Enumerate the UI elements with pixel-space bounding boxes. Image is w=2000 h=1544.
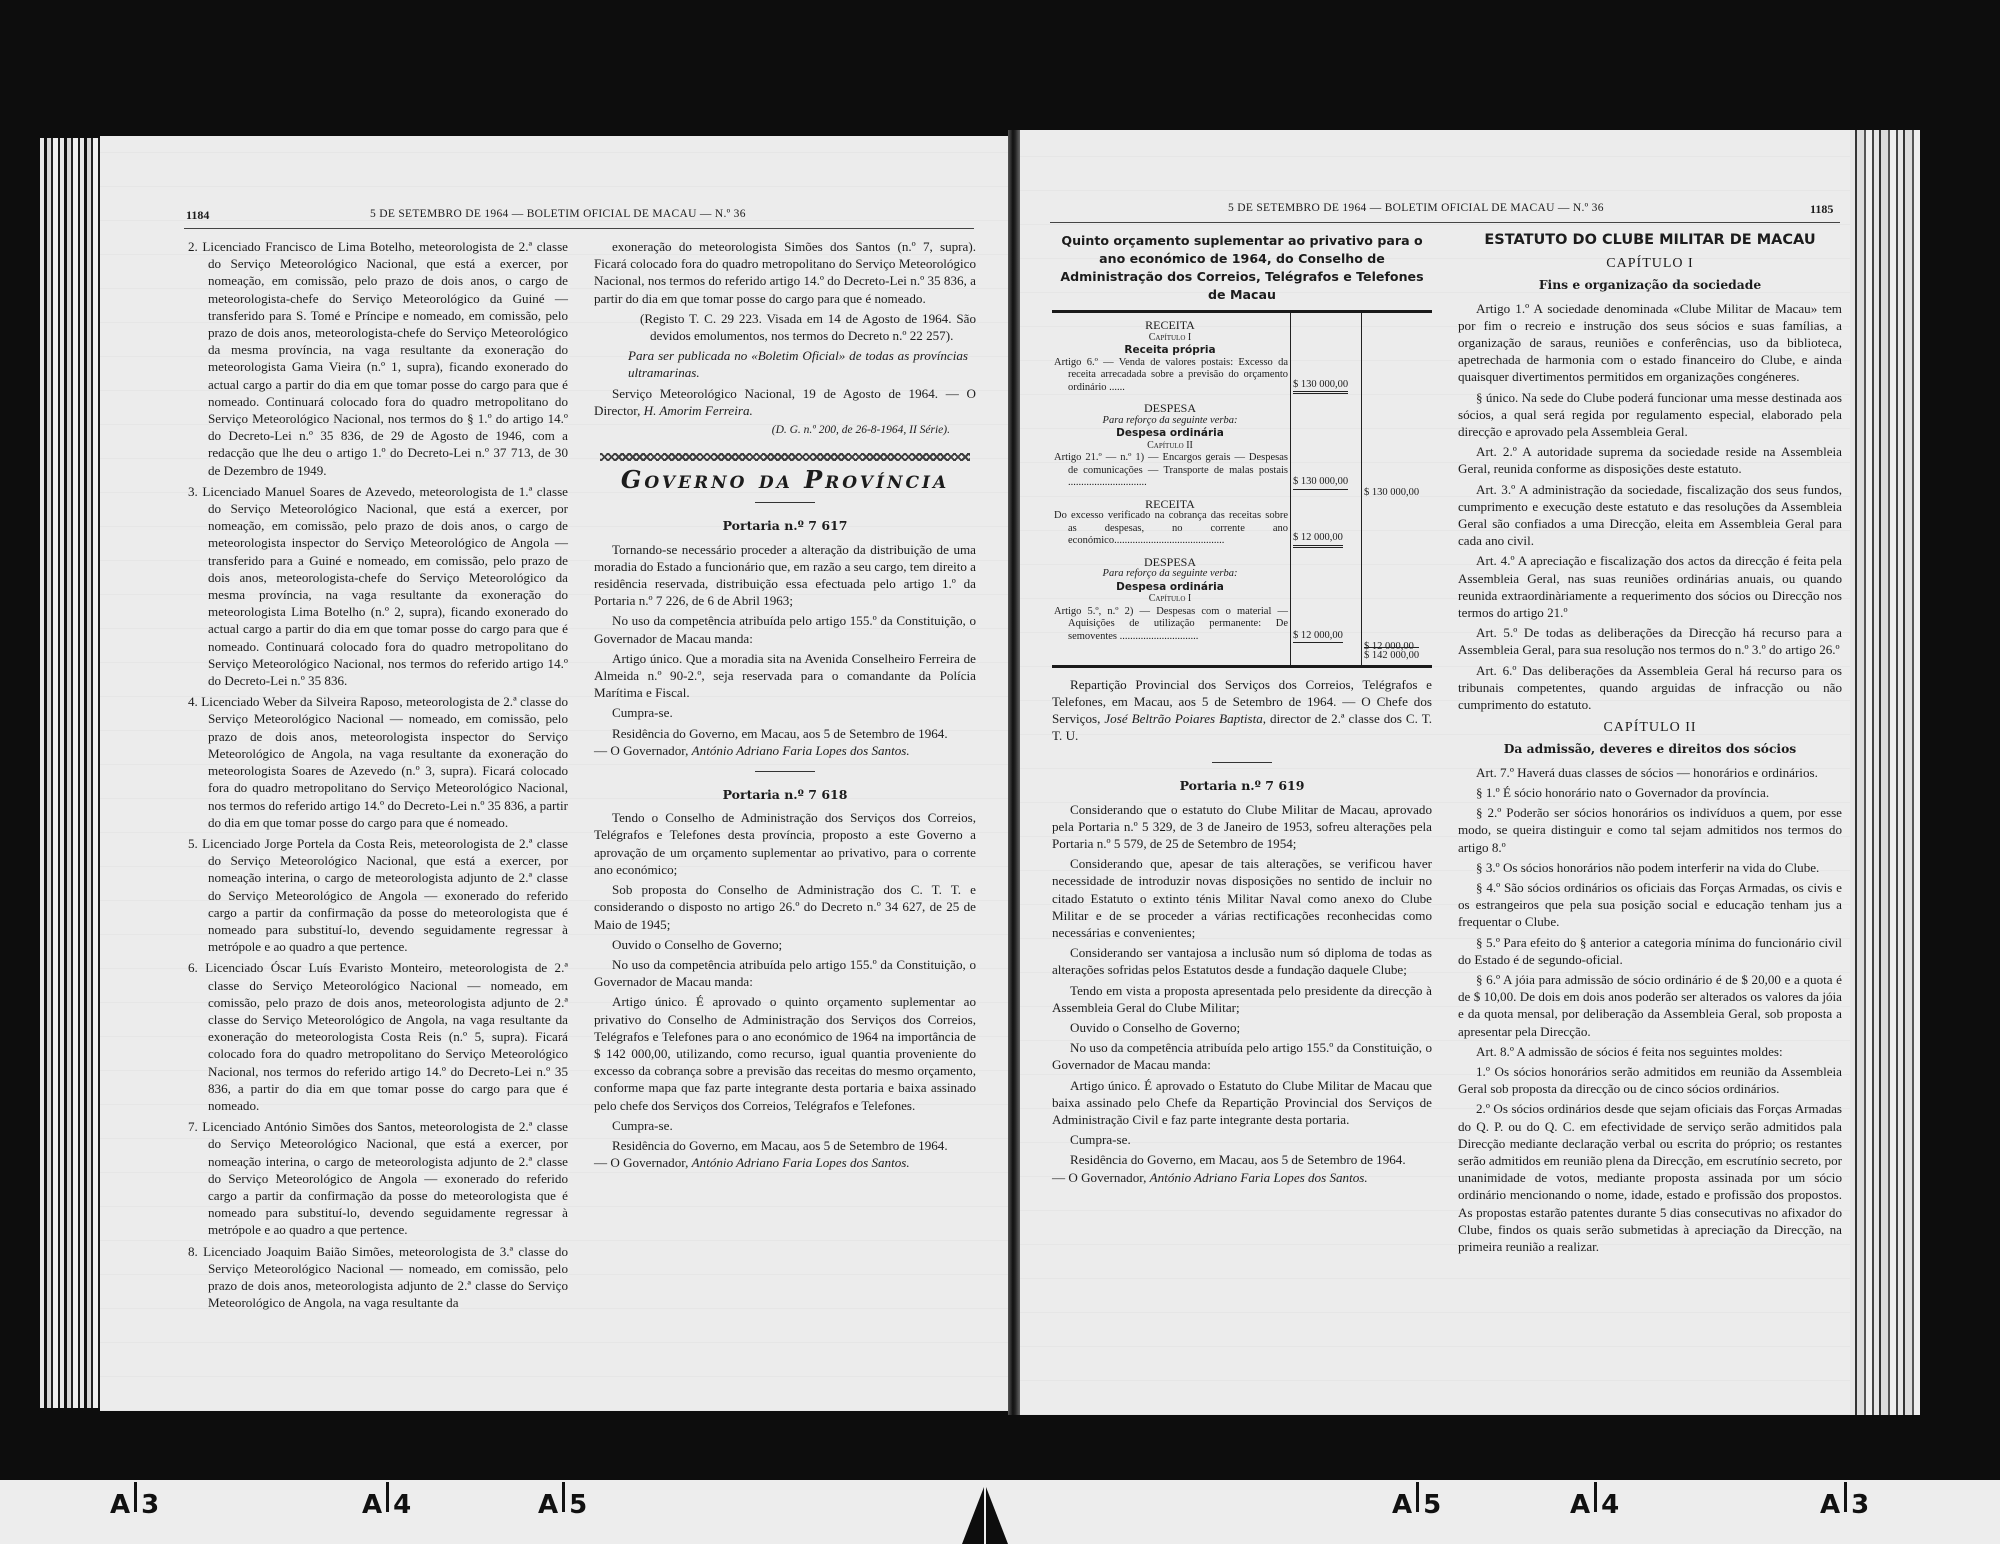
page-number: 1185 bbox=[1810, 202, 1833, 217]
chapter-heading: CAPÍTULO I bbox=[1458, 255, 1842, 272]
budget-amount: $ 12 000,00 bbox=[1290, 550, 1362, 646]
frame-mark: A3 bbox=[1820, 1490, 1869, 1520]
article-paragraph: 1.º Os sócios honorários serão admitidos… bbox=[1458, 1063, 1842, 1097]
paragraph: Artigo único. É aprovado o quinto orçame… bbox=[594, 993, 976, 1113]
chapter-1-body: Artigo 1.º A sociedade denominada «Clube… bbox=[1458, 300, 1842, 714]
continuation-paragraph: exoneração do meteorologista Simões dos … bbox=[594, 238, 976, 307]
article-paragraph: Art. 2.º A autoridade suprema da socieda… bbox=[1458, 443, 1842, 477]
governor-signature: — O Governador, António Adriano Faria Lo… bbox=[594, 1154, 976, 1171]
list-item: 4. Licenciado Weber da Silveira Raposo, … bbox=[188, 693, 568, 831]
budget-line-description: RECEITADo excesso verificado na cobrança… bbox=[1052, 492, 1290, 550]
portaria-7617-title: Portaria n.º 7 617 bbox=[594, 517, 976, 534]
director-name: H. Amorim Ferreira. bbox=[644, 403, 753, 418]
running-head: 5 DE SETEMBRO DE 1964 — BOLETIM OFICIAL … bbox=[370, 208, 746, 220]
residence-line: Residência do Governo, em Macau, aos 5 d… bbox=[594, 725, 976, 742]
article-paragraph: § 1.º É sócio honorário nato o Governado… bbox=[1458, 784, 1842, 801]
article-paragraph: § 4.º São sócios ordinários os oficiais … bbox=[1458, 879, 1842, 931]
article-paragraph: § único. Na sede do Clube poderá funcion… bbox=[1458, 389, 1842, 441]
budget-grand-total: $ 142 000,00 bbox=[1362, 645, 1432, 665]
film-notch bbox=[962, 1487, 984, 1544]
residence-line: Residência do Governo, em Macau, aos 5 d… bbox=[1052, 1151, 1432, 1168]
chapter-title: Da admissão, deveres e direitos dos sóci… bbox=[1458, 740, 1842, 757]
budget-total bbox=[1362, 313, 1432, 396]
publication-note: Para ser publicada no «Boletim Oficial» … bbox=[594, 347, 976, 381]
budget-amount: $ 12 000,00 bbox=[1290, 492, 1362, 550]
paragraph: Cumpra-se. bbox=[594, 704, 976, 721]
governor-signature: — O Governador, António Adriano Faria Lo… bbox=[594, 742, 976, 759]
article-paragraph: § 2.º Poderão ser sócios honorários os i… bbox=[1458, 804, 1842, 856]
budget-table: RECEITACapítulo IReceita própriaArtigo 6… bbox=[1052, 313, 1432, 665]
signoff: Serviço Meteorológico Nacional, 19 de Ag… bbox=[594, 385, 976, 419]
budget-amount: $ 130 000,00 bbox=[1290, 396, 1362, 492]
article-paragraph: Art. 4.º A apreciação e fiscalização dos… bbox=[1458, 552, 1842, 621]
chapter-2-body: Art. 7.º Haverá duas classes de sócios —… bbox=[1458, 764, 1842, 1255]
portaria-7619-title: Portaria n.º 7 619 bbox=[1052, 777, 1432, 794]
left-column-2: exoneração do meteorologista Simões dos … bbox=[594, 238, 976, 1174]
paragraph: Considerando que, apesar de tais alteraç… bbox=[1052, 855, 1432, 941]
chief-name: José Beltrão Poiares Baptista bbox=[1104, 711, 1262, 726]
paragraph: Ouvido o Conselho de Governo; bbox=[594, 936, 976, 953]
article-paragraph: Artigo 1.º A sociedade denominada «Clube… bbox=[1458, 300, 1842, 386]
article-paragraph: Art. 3.º A administração da sociedade, f… bbox=[1458, 481, 1842, 550]
budget-spacer bbox=[1290, 645, 1362, 665]
article-paragraph: Art. 5.º De todas as deliberações da Dir… bbox=[1458, 624, 1842, 658]
paragraph: Tornando-se necessário proceder a altera… bbox=[594, 541, 976, 610]
budget-bottom-rule bbox=[1052, 665, 1432, 668]
budget-heading: Quinto orçamento suplementar ao privativ… bbox=[1052, 232, 1432, 304]
paragraph: No uso da competência atribuída pelo art… bbox=[594, 612, 976, 646]
registo-note: (Registo T. C. 29 223. Visada em 14 de A… bbox=[594, 310, 976, 344]
budget-total bbox=[1362, 492, 1432, 550]
list-item: 7. Licenciado António Simões dos Santos,… bbox=[188, 1118, 568, 1238]
page-1184: 1184 5 DE SETEMBRO DE 1964 — BOLETIM OFI… bbox=[100, 136, 1008, 1411]
paragraph: No uso da competência atribuída pelo art… bbox=[1052, 1039, 1432, 1073]
list-item: 5. Licenciado Jorge Portela da Costa Rei… bbox=[188, 835, 568, 955]
page-stack-edge-right bbox=[1850, 130, 1920, 1415]
paragraph: Artigo único. É aprovado o Estatuto do C… bbox=[1052, 1077, 1432, 1129]
budget-spacer bbox=[1052, 645, 1290, 665]
article-paragraph: 2.º Os sócios ordinários desde que sejam… bbox=[1458, 1100, 1842, 1255]
chapter-heading: CAPÍTULO II bbox=[1458, 719, 1842, 736]
list-item: 6. Licenciado Óscar Luís Evaristo Montei… bbox=[188, 959, 568, 1114]
page-stack-edge-left bbox=[40, 138, 100, 1408]
short-rule bbox=[1212, 762, 1272, 763]
ornamental-rule bbox=[600, 453, 970, 461]
portaria-7618-title: Portaria n.º 7 618 bbox=[594, 786, 976, 803]
article-paragraph: § 3.º Os sócios honorários não podem int… bbox=[1458, 859, 1842, 876]
article-paragraph: § 5.º Para efeito do § anterior a catego… bbox=[1458, 934, 1842, 968]
paragraph: Tendo o Conselho de Administração dos Se… bbox=[594, 809, 976, 878]
paragraph: Artigo único. Que a moradia sita na Aven… bbox=[594, 650, 976, 702]
book-gutter bbox=[1008, 130, 1020, 1415]
budget-line-description: DESPESAPara reforço da seguinte verba:De… bbox=[1052, 550, 1290, 646]
running-head: 5 DE SETEMBRO DE 1964 — BOLETIM OFICIAL … bbox=[1228, 202, 1604, 214]
paragraph: Ouvido o Conselho de Governo; bbox=[1052, 1019, 1432, 1036]
budget-signoff: Repartição Provincial dos Serviços dos C… bbox=[1052, 676, 1432, 745]
page-1185: 5 DE SETEMBRO DE 1964 — BOLETIM OFICIAL … bbox=[1020, 130, 1850, 1415]
paragraph: Cumpra-se. bbox=[1052, 1131, 1432, 1148]
paragraph: Considerando que o estatuto do Clube Mil… bbox=[1052, 801, 1432, 853]
list-item: 2. Licenciado Francisco de Lima Botelho,… bbox=[188, 238, 568, 479]
paragraph: No uso da competência atribuída pelo art… bbox=[594, 956, 976, 990]
budget-line-description: DESPESAPara reforço da seguinte verba:De… bbox=[1052, 396, 1290, 492]
frame-mark: A4 bbox=[1570, 1490, 1619, 1520]
film-notch bbox=[986, 1487, 1008, 1544]
paragraph: Sob proposta do Conselho de Administraçã… bbox=[594, 881, 976, 933]
list-item: 3. Licenciado Manuel Soares de Azevedo, … bbox=[188, 483, 568, 689]
right-column-2: ESTATUTO DO CLUBE MILITAR DE MACAU CAPÍT… bbox=[1458, 232, 1842, 1258]
left-column-1: 2. Licenciado Francisco de Lima Botelho,… bbox=[188, 238, 568, 1315]
dg-reference: (D. G. n.º 200, de 26-8-1964, II Série). bbox=[594, 422, 976, 439]
short-rule bbox=[755, 502, 815, 503]
article-paragraph: Art. 7.º Haverá duas classes de sócios —… bbox=[1458, 764, 1842, 781]
section-title: Governo da Província bbox=[594, 471, 976, 488]
budget-total: $ 130 000,00 bbox=[1362, 396, 1432, 492]
article-paragraph: Art. 8.º A admissão de sócios é feita no… bbox=[1458, 1043, 1842, 1060]
list-item: 8. Licenciado Joaquim Baião Simões, mete… bbox=[188, 1243, 568, 1312]
chapter-title: Fins e organização da sociedade bbox=[1458, 276, 1842, 293]
budget-total: $ 12 000,00 bbox=[1362, 550, 1432, 646]
header-rule bbox=[1050, 222, 1840, 223]
short-rule bbox=[755, 771, 815, 772]
paragraph: Considerando ser vantajosa a inclusão nu… bbox=[1052, 944, 1432, 978]
frame-mark: A4 bbox=[362, 1490, 411, 1520]
frame-mark: A5 bbox=[538, 1490, 587, 1520]
budget-line-description: RECEITACapítulo IReceita própriaArtigo 6… bbox=[1052, 313, 1290, 396]
right-column-1: Quinto orçamento suplementar ao privativ… bbox=[1052, 232, 1432, 1189]
budget-amount: $ 130 000,00 bbox=[1290, 313, 1362, 396]
article-paragraph: Art. 6.º Das deliberações da Assembleia … bbox=[1458, 662, 1842, 714]
paragraph: Tendo em vista a proposta apresentada pe… bbox=[1052, 982, 1432, 1016]
paragraph: Cumpra-se. bbox=[594, 1117, 976, 1134]
page-number: 1184 bbox=[186, 208, 209, 223]
scanned-book-spread: 1184 5 DE SETEMBRO DE 1964 — BOLETIM OFI… bbox=[40, 130, 1920, 1415]
frame-mark: A5 bbox=[1392, 1490, 1441, 1520]
header-rule bbox=[184, 228, 974, 229]
article-paragraph: § 6.º A jóia para admissão de sócio ordi… bbox=[1458, 971, 1842, 1040]
governor-signature: — O Governador, António Adriano Faria Lo… bbox=[1052, 1169, 1432, 1186]
estatuto-title: ESTATUTO DO CLUBE MILITAR DE MACAU bbox=[1458, 232, 1842, 249]
frame-mark: A3 bbox=[110, 1490, 159, 1520]
residence-line: Residência do Governo, em Macau, aos 5 d… bbox=[594, 1137, 976, 1154]
